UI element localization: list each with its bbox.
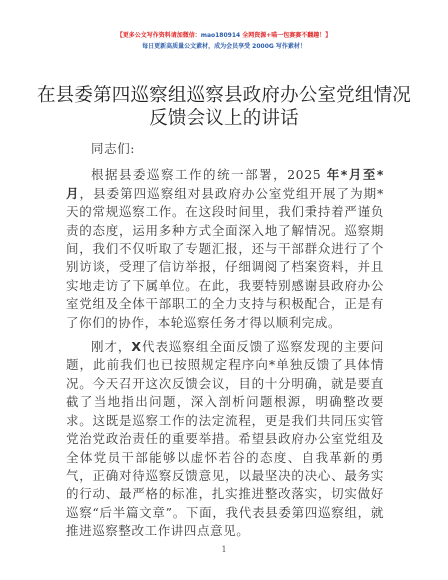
- paragraph-2-speaker: X: [131, 339, 141, 354]
- promo-banner-wechat-id: mao180914: [201, 32, 240, 39]
- salutation: 同志们:: [66, 140, 384, 158]
- page-number: 1: [0, 545, 448, 554]
- paragraph-1-text-b: ，县委第四巡察组对县政府办公室党组开展了为期*天的常规巡察工作。在这段时间里，我…: [66, 186, 384, 330]
- promo-banner-line1: 【更多公文写作资料请加微信：mao180914 全网资源+喵一包赛赛不翻趣！】: [0, 30, 448, 39]
- paragraph-1: 根据县委巡察工作的统一部署，2025 年*月至*月，县委第四巡察组对县政府办公室…: [66, 166, 384, 332]
- document-body: 同志们: 根据县委巡察工作的统一部署，2025 年*月至*月，县委第四巡察组对县…: [66, 140, 384, 547]
- promo-banner-prefix: 【更多公文写作资料请加微信：: [117, 32, 201, 39]
- paragraph-1-text-a: 根据县委巡察工作的统一部署，2025: [91, 167, 327, 182]
- paragraph-2-text-b: 代表巡察组全面反馈了巡察发现的主要问题，此前我们也已按照规定程序向*单独反馈了具…: [66, 339, 384, 538]
- paragraph-2: 刚才，X代表巡察组全面反馈了巡察发现的主要问题，此前我们也已按照规定程序向*单独…: [66, 338, 384, 540]
- promo-banner-line2: 每日更新高质量公文素材，成为会员享受 2000G 写作素材！: [0, 41, 448, 50]
- document-title-line2: 反馈会议上的讲话: [0, 107, 448, 130]
- promo-banner-suffix: 全网资源+喵一包赛赛不翻趣！】: [240, 32, 331, 39]
- paragraph-2-text-a: 刚才，: [91, 339, 131, 354]
- document-title: 在县委第四巡察组巡察县政府办公室党组情况 反馈会议上的讲话: [0, 84, 448, 130]
- document-title-line1: 在县委第四巡察组巡察县政府办公室党组情况: [0, 84, 448, 107]
